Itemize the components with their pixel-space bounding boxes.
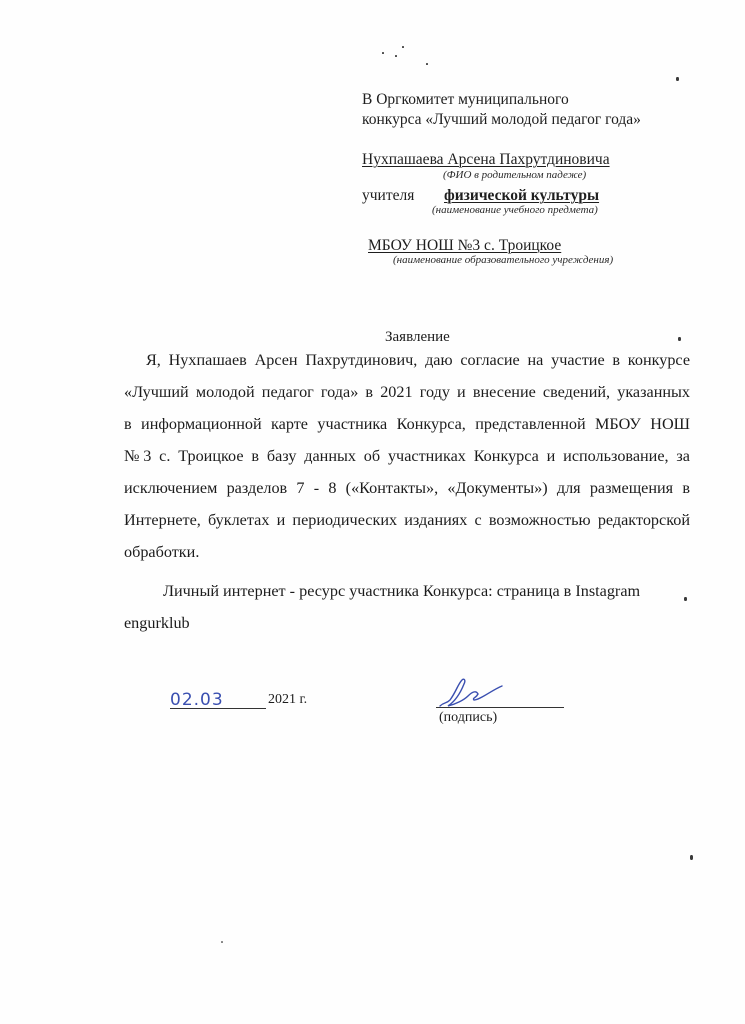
position-label: учителя	[362, 186, 414, 206]
applicant-name: Нухпашаева Арсена Пахрутдиновича	[362, 150, 610, 170]
institution-caption: (наименование образовательного учреждени…	[393, 253, 613, 267]
handwritten-date: 02.03	[170, 690, 224, 710]
scan-speck	[426, 63, 428, 65]
paragraph-line: исключением разделов 7 - 8 («Контакты», …	[124, 472, 690, 504]
document-page: В Оргкомитет муниципального конкурса «Лу…	[0, 0, 745, 1024]
paragraph-line: в информационной карте участника Конкурс…	[124, 408, 690, 440]
scan-speck	[678, 337, 681, 341]
scan-speck	[402, 46, 404, 48]
date-underline	[170, 708, 266, 709]
paragraph-line: обработки.	[124, 536, 690, 568]
scan-speck	[690, 855, 693, 860]
scan-speck	[676, 77, 679, 81]
scan-speck	[221, 941, 223, 943]
applicant-name-caption: (ФИО в родительном падеже)	[443, 168, 586, 182]
year-text: 2021 г.	[268, 692, 307, 708]
paragraph-line: №3 с. Троицкое в базу данных об участник…	[124, 440, 690, 472]
signature-line	[436, 707, 564, 708]
scan-speck	[382, 52, 384, 54]
internet-resource-line: Личный интернет - ресурс участника Конку…	[163, 582, 640, 601]
paragraph-line: Интернете, буклетах и периодических изда…	[124, 504, 690, 536]
scan-speck	[395, 55, 397, 57]
paragraph-line: «Лучший молодой педагог года» в 2021 год…	[124, 376, 690, 408]
subject-caption: (наименование учебного предмета)	[432, 203, 598, 217]
addressee-line-1: В Оргкомитет муниципального	[362, 90, 569, 110]
signature-caption: (подпись)	[439, 710, 497, 726]
signature-icon	[436, 674, 516, 710]
internet-resource-handle: engurklub	[124, 614, 190, 633]
addressee-line-2: конкурса «Лучший молодой педагог года»	[362, 110, 641, 130]
paragraph-line: Я, Нухпашаев Арсен Пахрутдинович, даю со…	[124, 344, 690, 376]
scan-speck	[684, 597, 687, 601]
consent-paragraph: Я, Нухпашаев Арсен Пахрутдинович, даю со…	[124, 344, 690, 568]
